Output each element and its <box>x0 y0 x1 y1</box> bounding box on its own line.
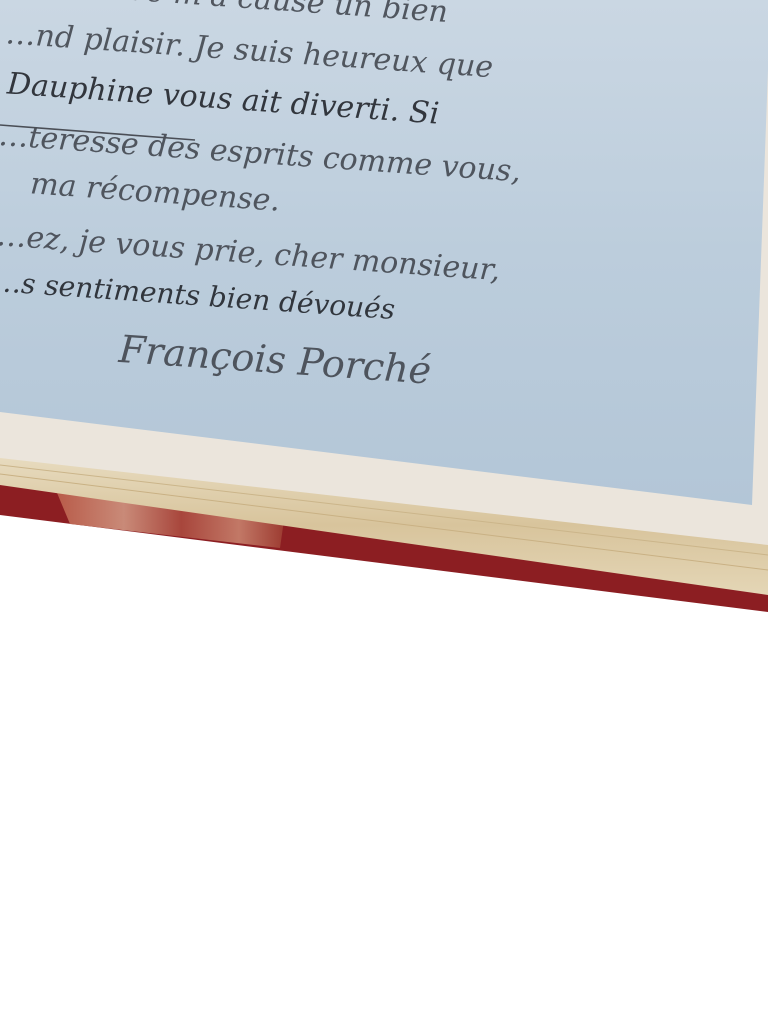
photo-scene: …re lettre m'a causé un bien …nd plaisir… <box>0 0 768 1024</box>
